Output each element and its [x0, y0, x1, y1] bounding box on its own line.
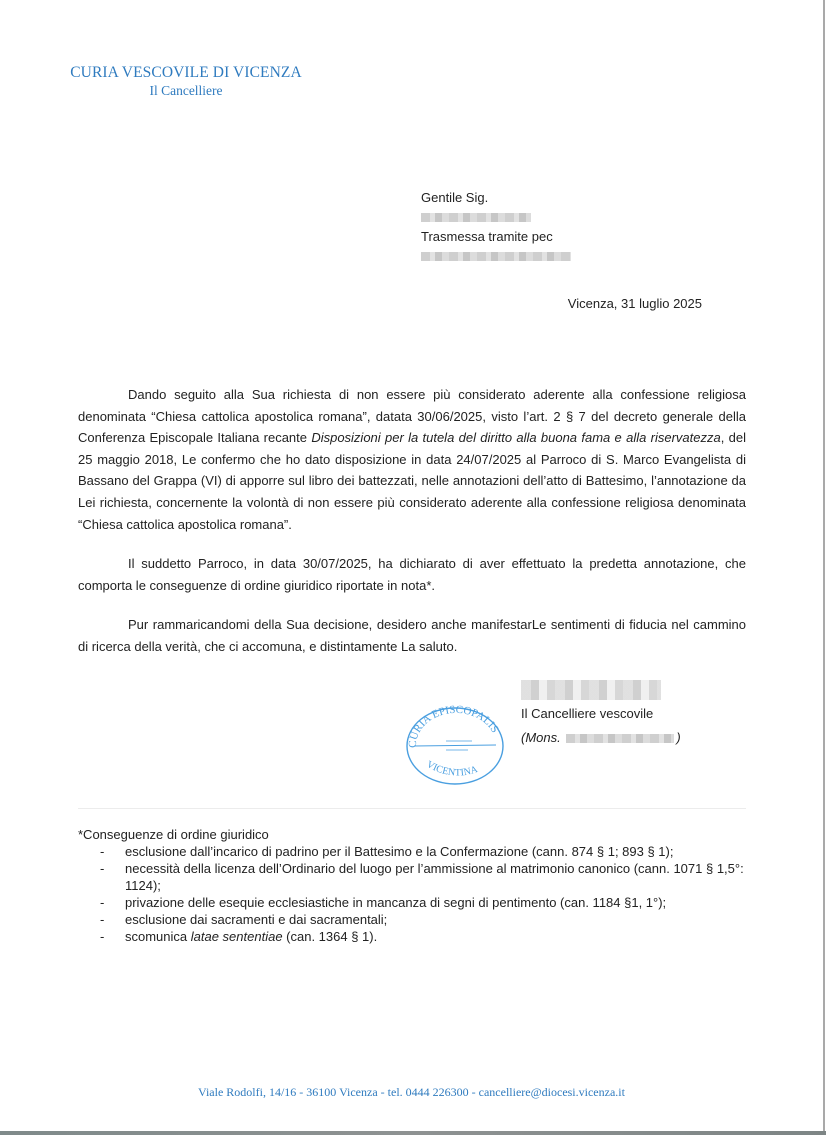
signature-block: Il Cancelliere vescovile (Mons. ): [521, 680, 681, 745]
signatory-role: Il Cancelliere vescovile: [521, 704, 681, 724]
body-paragraph-1: Dando seguito alla Sua richiesta di non …: [78, 384, 746, 535]
paragraph-text: , del 25 maggio 2018, Le confermo che ho…: [78, 430, 746, 531]
letter-page: CURIA VESCOVILE DI VICENZA Il Cancellier…: [0, 0, 825, 1132]
stamp-top-text: CURIA EPISCOPALIS: [407, 704, 501, 748]
recipient-block: Gentile Sig. Trasmessa tramite pec: [421, 188, 571, 266]
item-text: (can. 1364 § 1).: [283, 929, 378, 944]
notes-title: *Conseguenze di ordine giuridico: [78, 826, 746, 843]
pec-address-redacted: [421, 252, 571, 261]
letterhead-organization: CURIA VESCOVILE DI VICENZA: [60, 64, 312, 82]
letterhead: CURIA VESCOVILE DI VICENZA Il Cancellier…: [60, 64, 312, 99]
list-item: esclusione dai sacramenti e dai sacramen…: [78, 911, 746, 928]
date-line: Vicenza, 31 luglio 2025: [568, 296, 702, 311]
body-paragraph-2: Il suddetto Parroco, in data 30/07/2025,…: [78, 553, 746, 596]
mons-suffix: ): [676, 730, 680, 745]
body-paragraph-3: Pur rammaricandomi della Sua decisione, …: [78, 614, 746, 657]
list-item: privazione delle esequie ecclesiastiche …: [78, 894, 746, 911]
item-text: scomunica: [125, 929, 191, 944]
list-item: necessità della licenza dell’Ordinario d…: [78, 860, 746, 894]
mons-prefix: (Mons.: [521, 730, 561, 745]
curia-stamp: CURIA EPISCOPALIS VICENTINA: [404, 704, 506, 788]
scan-edge: [0, 1131, 826, 1135]
stamp-bottom-text: VICENTINA: [425, 759, 480, 778]
legal-consequences-note: *Conseguenze di ordine giuridico esclusi…: [78, 826, 746, 945]
letter-body: Dando seguito alla Sua richiesta di non …: [78, 384, 746, 676]
notes-list: esclusione dall’incarico di padrino per …: [78, 843, 746, 945]
latin-term: latae sententiae: [191, 929, 283, 944]
transmission-method: Trasmessa tramite pec: [421, 227, 571, 246]
list-item: scomunica latae sententiae (can. 1364 § …: [78, 928, 746, 945]
footnote-divider: [78, 808, 746, 809]
mons-name-redacted: [566, 734, 674, 743]
recipient-name-redacted: [421, 213, 531, 222]
letterhead-office: Il Cancelliere: [60, 83, 312, 99]
list-item: esclusione dall’incarico di padrino per …: [78, 843, 746, 860]
signatory-name: (Mons. ): [521, 730, 681, 745]
decree-title: Disposizioni per la tutela del diritto a…: [311, 430, 720, 445]
recipient-salutation: Gentile Sig.: [421, 188, 571, 207]
footer-contact: Viale Rodolfi, 14/16 - 36100 Vicenza - t…: [0, 1085, 823, 1100]
handwritten-signature-redacted: [521, 680, 661, 700]
